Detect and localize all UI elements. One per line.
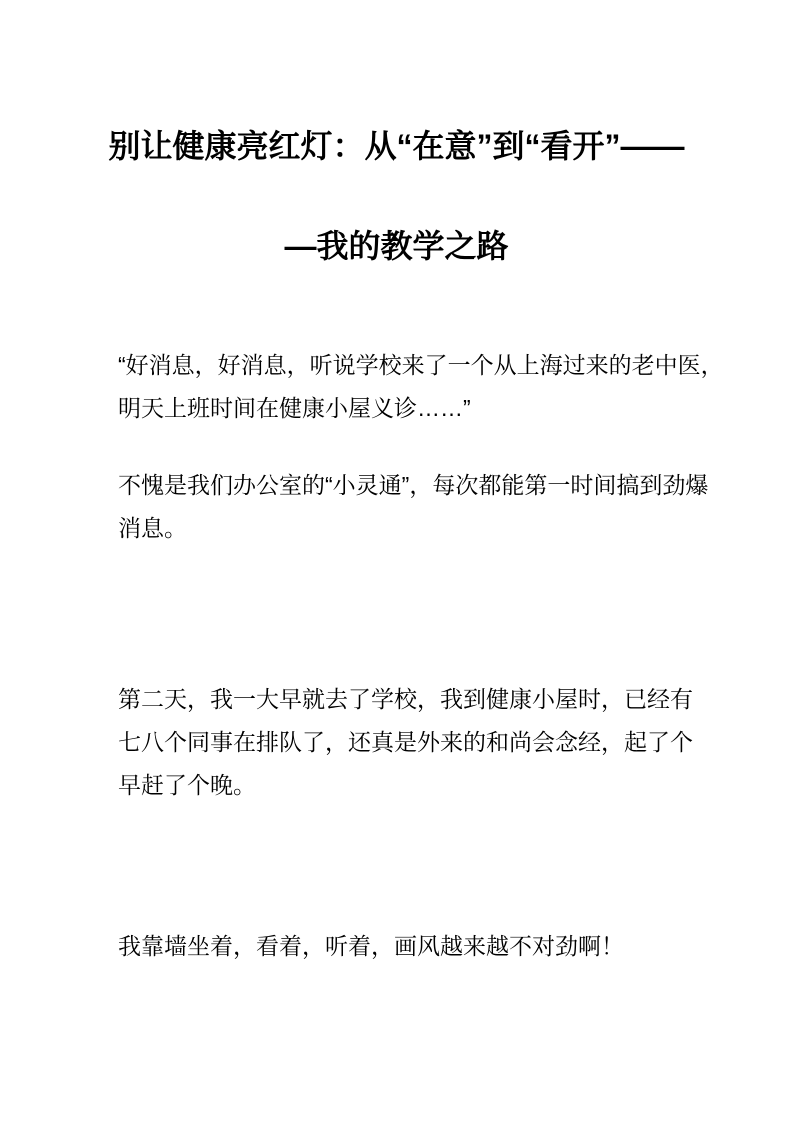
document-title: 别让健康亮红灯：从“在意”到“看开”—— —我的教学之路	[0, 96, 793, 296]
text-line: 不愧是我们办公室的“小灵通”，每次都能第一时间搞到劲爆	[118, 464, 695, 507]
paragraph-2: 不愧是我们办公室的“小灵通”，每次都能第一时间搞到劲爆 消息。	[118, 464, 695, 550]
paragraph-1: “好消息，好消息，听说学校来了一个从上海过来的老中医， 明天上班时间在健康小屋义…	[118, 344, 695, 430]
title-line-2: —我的教学之路	[0, 196, 793, 296]
text-line: 明天上班时间在健康小屋义诊……”	[118, 387, 695, 430]
text-line: 早赶了个晚。	[118, 764, 695, 807]
document-body: “好消息，好消息，听说学校来了一个从上海过来的老中医， 明天上班时间在健康小屋义…	[118, 344, 695, 968]
text-line: “好消息，好消息，听说学校来了一个从上海过来的老中医，	[118, 344, 695, 387]
text-line: 七八个同事在排队了，还真是外来的和尚会念经，起了个	[118, 721, 695, 764]
document-page: 别让健康亮红灯：从“在意”到“看开”—— —我的教学之路 “好消息，好消息，听说…	[0, 0, 793, 1122]
paragraph-4: 我靠墙坐着，看着，听着，画风越来越不对劲啊！	[118, 925, 695, 968]
text-line: 消息。	[118, 507, 695, 550]
paragraph-3: 第二天，我一大早就去了学校，我到健康小屋时，已经有 七八个同事在排队了，还真是外…	[118, 678, 695, 807]
text-line: 第二天，我一大早就去了学校，我到健康小屋时，已经有	[118, 678, 695, 721]
title-line-1: 别让健康亮红灯：从“在意”到“看开”——	[0, 96, 793, 196]
text-line: 我靠墙坐着，看着，听着，画风越来越不对劲啊！	[118, 925, 695, 968]
